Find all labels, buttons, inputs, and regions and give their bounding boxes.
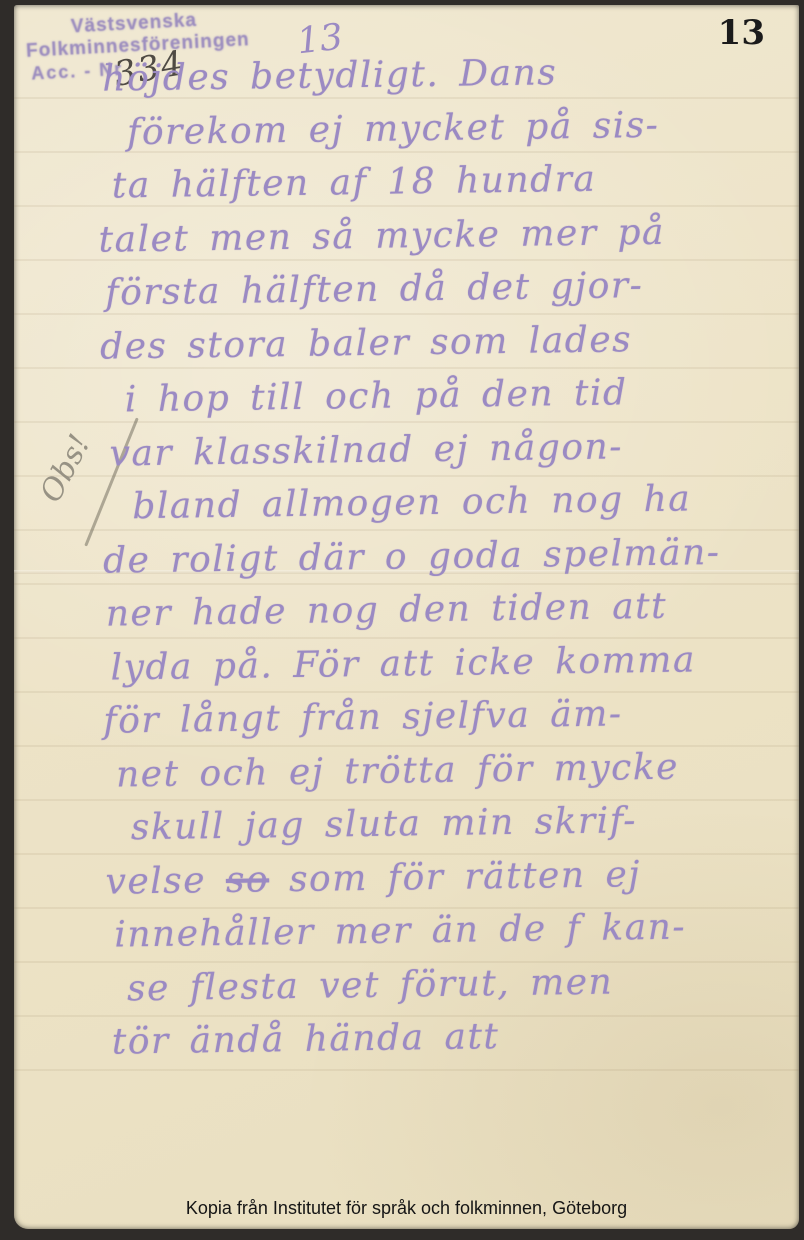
line-text: ta hälften af 18 hundra [112, 159, 597, 207]
manuscript-line: var klasskilnad ej någon- [109, 417, 804, 480]
manuscript-line: första hälften då det gjor- [105, 257, 803, 320]
line-text: höjdes betydligt. Dans [102, 52, 557, 99]
line-text: net och ej trötta för mycke [116, 746, 679, 795]
manuscript-page: Västsvenska Folkminnesföreningen Acc. - … [14, 5, 799, 1229]
manuscript-line: velse so som för rätten ej [105, 845, 804, 908]
manuscript-lines: höjdes betydligt. Dansförekom ej mycket … [14, 43, 804, 1070]
line-text: se flesta vet förut, men [127, 961, 614, 1009]
line-text: des stora baler som lades [100, 319, 633, 367]
line-text: lyda på. För att icke komma [110, 639, 696, 688]
manuscript-line: förekom ej mycket på sis- [127, 96, 801, 159]
line-text: ner hade nog den tiden att [106, 586, 668, 635]
manuscript-line: des stora baler som lades [100, 310, 804, 373]
struck-word: so [226, 859, 270, 901]
manuscript-line: innehåller mer än de f kan- [114, 899, 804, 962]
line-text: i hop till och på den tid [125, 372, 628, 420]
manuscript-line: tör ändå hända att [111, 1006, 804, 1069]
line-text: tör ändå hända att [112, 1016, 500, 1062]
line-text: var klasskilnad ej någon- [109, 426, 623, 474]
manuscript-line: höjdes betydligt. Dans [102, 43, 800, 106]
manuscript-line: de roligt där o goda spelmän- [103, 524, 804, 587]
line-text: innehåller mer än de f kan- [114, 907, 686, 956]
manuscript-line: net och ej trötta för mycke [116, 738, 804, 801]
manuscript-line: se flesta vet förut, men [127, 952, 804, 1015]
manuscript-line: talet men så mycke mer på [98, 203, 802, 266]
manuscript-line: lyda på. För att icke komma [110, 631, 804, 694]
footer-caption: Kopia från Institutet för språk och folk… [14, 1198, 799, 1219]
manuscript-line: ta hälften af 18 hundra [111, 150, 801, 213]
line-text: bland allmogen och nog ha [132, 478, 691, 527]
line-text: velse [105, 859, 226, 902]
line-text: förekom ej mycket på sis- [127, 104, 660, 152]
manuscript-line: skull jag sluta min skrif- [130, 792, 804, 855]
line-text: de roligt där o goda spelmän- [103, 532, 721, 582]
manuscript-line: i hop till och på den tid [124, 364, 804, 427]
manuscript-line: bland allmogen och nog ha [132, 471, 804, 534]
line-text: skull jag sluta min skrif- [131, 800, 638, 848]
line-text: som för rätten ej [269, 854, 641, 900]
line-text: talet men så mycke mer på [98, 211, 665, 260]
line-text: första hälften då det gjor- [105, 265, 643, 314]
manuscript-line: för långt från sjelfva äm- [103, 685, 804, 748]
line-text: för långt från sjelfva äm- [103, 693, 623, 741]
manuscript-line: ner hade nog den tiden att [105, 578, 804, 641]
